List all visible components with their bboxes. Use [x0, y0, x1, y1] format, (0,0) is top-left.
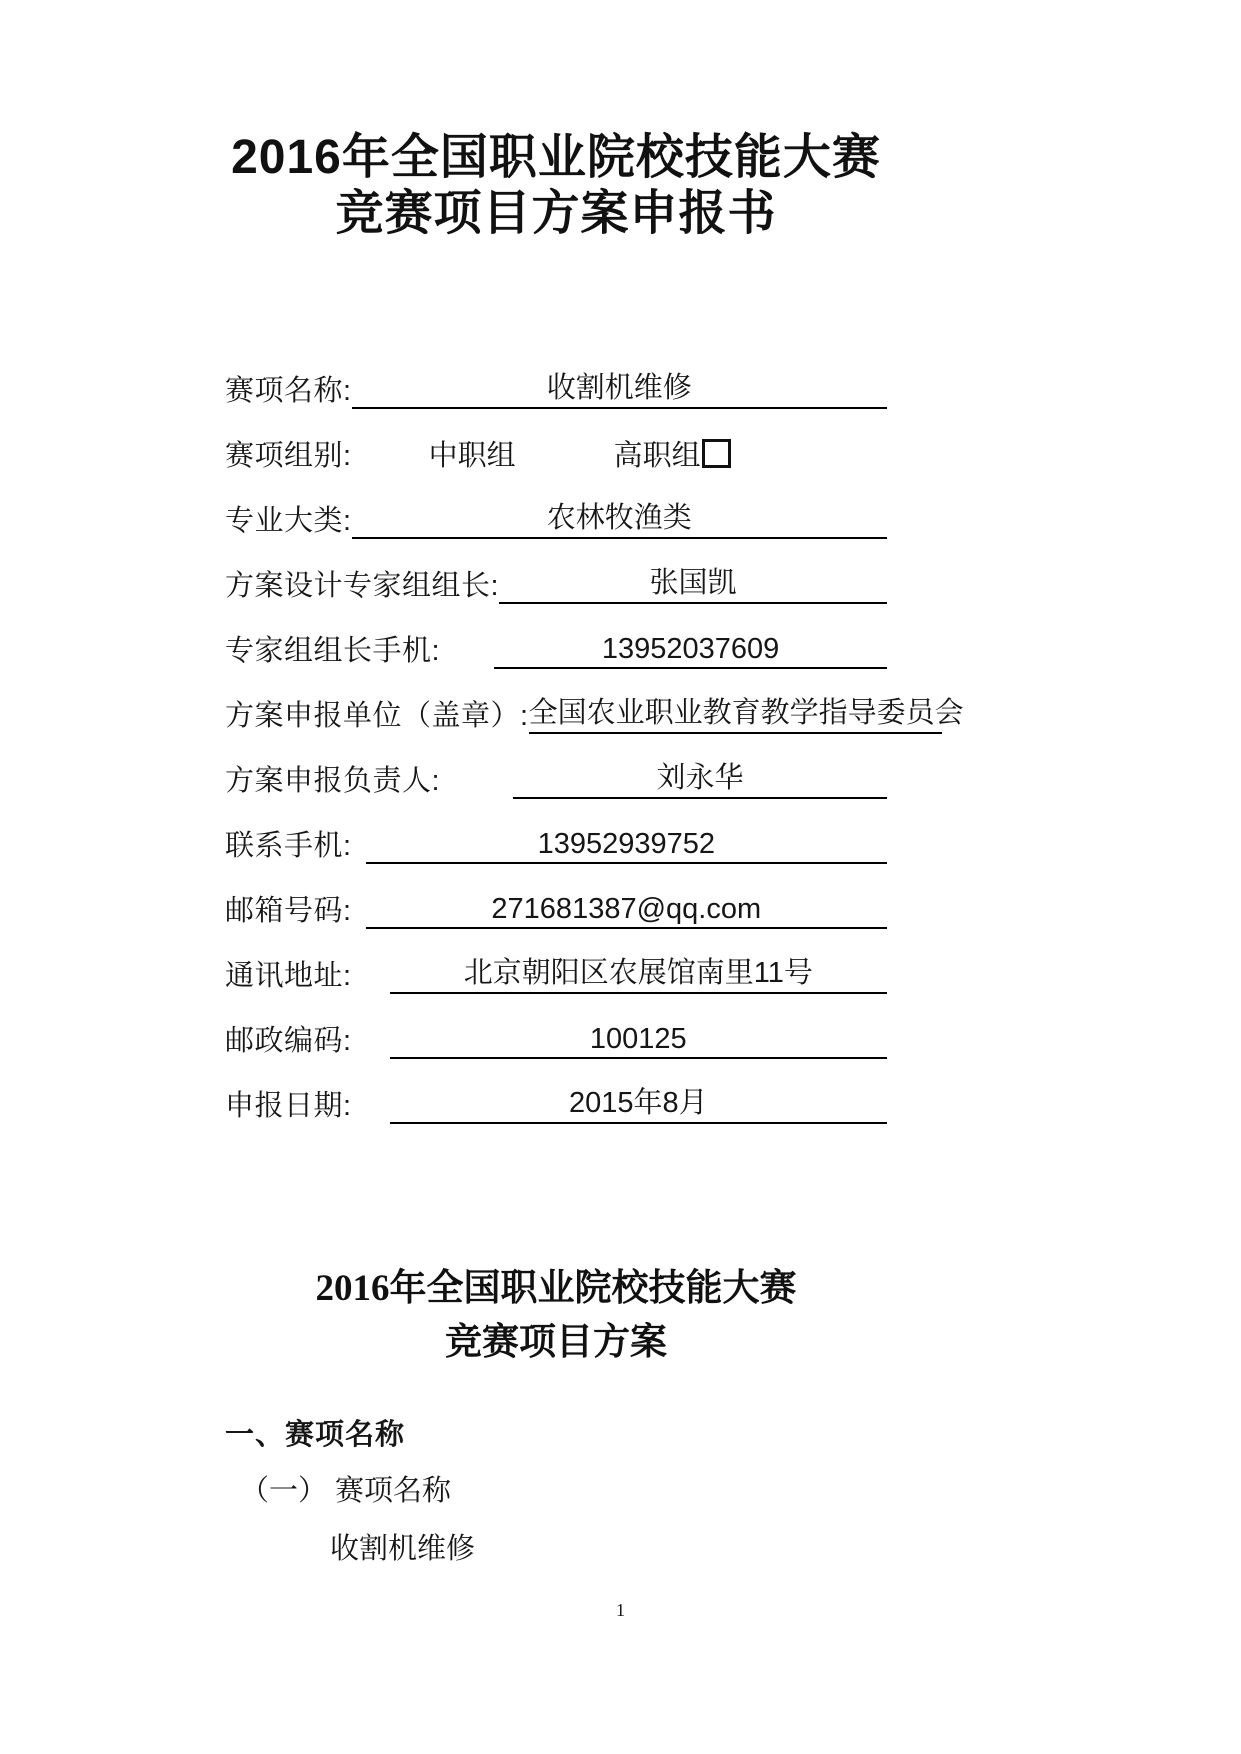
field-value-email: 271681387@qq.com [366, 893, 887, 929]
field-label-application-date: 申报日期: [225, 1083, 352, 1124]
option-secondary-vocational: 中职组 [429, 433, 516, 474]
form-row-email: 邮箱号码: 271681387@qq.com [225, 892, 887, 929]
form-row-event-name: 赛项名称: 收割机维修 [225, 372, 887, 409]
section-subheading: （一） 赛项名称 [240, 1468, 451, 1509]
field-value-leader-phone: 13952037609 [494, 633, 887, 669]
document-title-line1: 2016年全国职业院校技能大赛 [225, 130, 887, 186]
field-label-expert-group-leader: 方案设计专家组组长: [225, 563, 499, 604]
section-title: 2016年全国职业院校技能大赛 竞赛项目方案 [225, 1262, 887, 1370]
section-item-text: 收割机维修 [330, 1526, 475, 1567]
field-value-expert-group-leader: 张国凯 [499, 560, 887, 604]
form-row-event-group: 赛项组别: 中职组 高职组 [225, 437, 887, 474]
form-row-address: 通讯地址: 北京朝阳区农展馆南里11号 [225, 957, 887, 994]
form-row-leader-phone: 专家组组长手机: 13952037609 [225, 632, 887, 669]
field-value-contact-phone: 13952939752 [366, 828, 887, 864]
section-title-line2: 竞赛项目方案 [225, 1316, 887, 1370]
field-label-major-category: 专业大类: [225, 498, 352, 539]
field-label-responsible-person: 方案申报负责人: [225, 758, 440, 799]
form-row-application-date: 申报日期: 2015年8月 [225, 1087, 887, 1124]
application-form: 赛项名称: 收割机维修 赛项组别: 中职组 高职组 专业大类: 农林牧渔类 方案… [225, 372, 887, 1152]
page-number: 1 [0, 1600, 1241, 1621]
form-row-contact-phone: 联系手机: 13952939752 [225, 827, 887, 864]
field-value-application-date: 2015年8月 [390, 1080, 887, 1124]
field-label-event-name: 赛项名称: [225, 368, 352, 409]
field-label-postal-code: 邮政编码: [225, 1018, 352, 1059]
form-row-expert-group-leader: 方案设计专家组组长: 张国凯 [225, 567, 887, 604]
field-label-email: 邮箱号码: [225, 888, 352, 929]
field-label-address: 通讯地址: [225, 953, 352, 994]
field-label-event-group: 赛项组别: [225, 433, 352, 474]
field-value-postal-code: 100125 [390, 1023, 887, 1059]
higher-vocational-checkbox[interactable] [702, 439, 731, 468]
section-title-line1: 2016年全国职业院校技能大赛 [225, 1262, 887, 1316]
option-higher-vocational: 高职组 [614, 433, 731, 474]
document-title-line2: 竞赛项目方案申报书 [225, 186, 887, 242]
field-label-leader-phone: 专家组组长手机: [225, 628, 440, 669]
form-row-major-category: 专业大类: 农林牧渔类 [225, 502, 887, 539]
field-value-responsible-person: 刘永华 [513, 755, 887, 799]
document-title: 2016年全国职业院校技能大赛 竞赛项目方案申报书 [225, 130, 887, 242]
form-row-responsible-person: 方案申报负责人: 刘永华 [225, 762, 887, 799]
section-heading: 一、赛项名称 [225, 1412, 405, 1453]
field-label-applicant-unit: 方案申报单位（盖章）: [225, 693, 529, 734]
field-value-applicant-unit: 全国农业职业教育教学指导委员会 [529, 690, 942, 734]
field-value-event-name: 收割机维修 [352, 365, 887, 409]
form-row-postal-code: 邮政编码: 100125 [225, 1022, 887, 1059]
field-label-contact-phone: 联系手机: [225, 823, 352, 864]
field-value-major-category: 农林牧渔类 [352, 495, 887, 539]
document-page: 2016年全国职业院校技能大赛 竞赛项目方案申报书 赛项名称: 收割机维修 赛项… [0, 0, 1241, 1754]
field-value-address: 北京朝阳区农展馆南里11号 [390, 950, 887, 994]
option-higher-vocational-label: 高职组 [614, 440, 701, 472]
form-row-applicant-unit: 方案申报单位（盖章）: 全国农业职业教育教学指导委员会 [225, 697, 942, 734]
